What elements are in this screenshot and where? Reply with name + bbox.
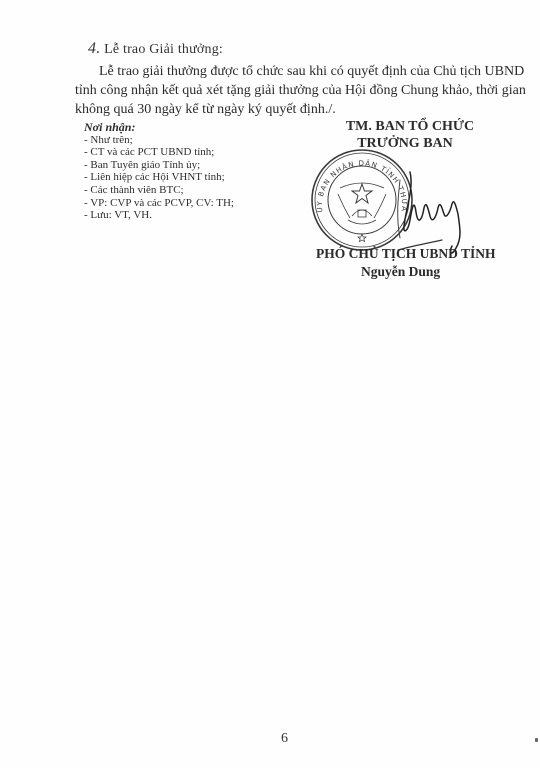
- paragraph-line: tỉnh công nhận kết quả xét tặng giải thư…: [75, 81, 515, 100]
- recipient-item: - Lưu: VT, VH.: [84, 209, 234, 222]
- page-number: 6: [281, 731, 288, 747]
- recipient-item: - Ban Tuyên giáo Tỉnh ủy;: [84, 159, 234, 172]
- section-number: 4.: [88, 40, 100, 57]
- recipient-item: - Các thành viên BTC;: [84, 184, 234, 197]
- section-heading: 4. Lễ trao Giải thưởng:: [88, 40, 223, 58]
- recipient-item: - Như trên;: [84, 134, 234, 147]
- signer-name: Nguyễn Dung: [361, 264, 440, 280]
- paragraph-line: không quá 30 ngày kể từ ngày ký quyết đị…: [75, 100, 515, 119]
- signer-title: PHÓ CHỦ TỊCH UBND TỈNH: [316, 246, 496, 262]
- signature-header: TM. BAN TỔ CHỨC TRƯỞNG BAN: [300, 118, 520, 152]
- recipients-list: Nơi nhận: - Như trên; - CT và các PCT UB…: [84, 121, 234, 222]
- award-ceremony-paragraph: Lễ trao giải thưởng được tổ chức sau khi…: [75, 62, 515, 119]
- scan-artifact: [535, 738, 538, 742]
- signing-organization: TM. BAN TỔ CHỨC: [300, 118, 520, 135]
- recipients-title: Nơi nhận:: [84, 121, 234, 134]
- document-page: 4. Lễ trao Giải thưởng: Lễ trao giải thư…: [0, 0, 540, 768]
- recipient-item: - CT và các PCT UBND tỉnh;: [84, 146, 234, 159]
- paragraph-line: Lễ trao giải thưởng được tổ chức sau khi…: [75, 62, 515, 81]
- recipient-item: - Liên hiệp các Hội VHNT tỉnh;: [84, 171, 234, 184]
- section-title: Lễ trao Giải thưởng:: [104, 42, 223, 57]
- recipient-item: - VP: CVP và các PCVP, CV: TH;: [84, 197, 234, 210]
